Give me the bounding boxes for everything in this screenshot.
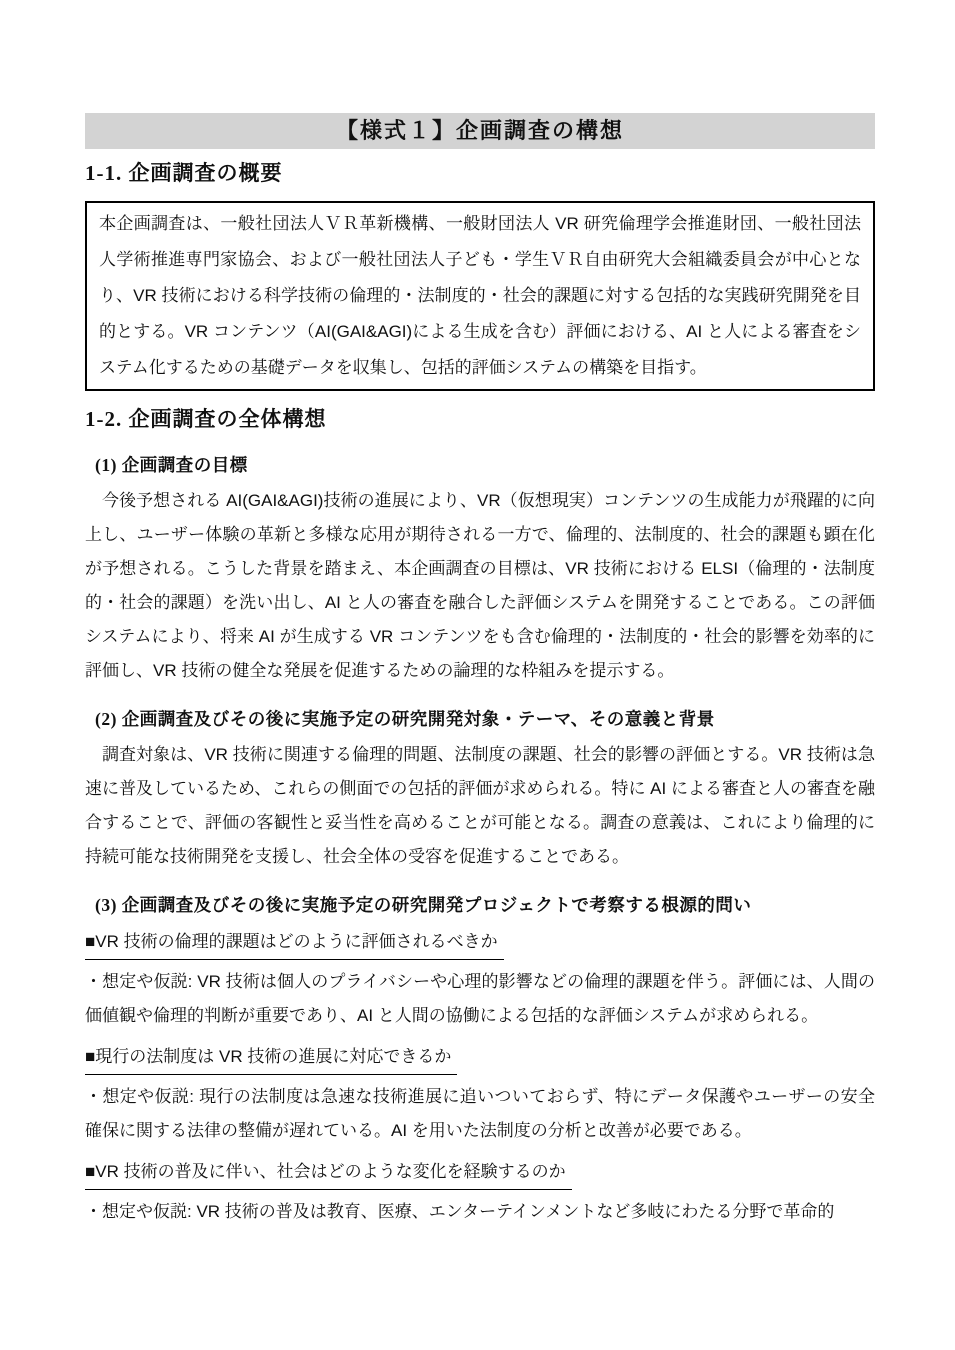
overview-summary-text: 本企画調査は、一般社団法人ＶＲ革新機構、一般財団法人 VR 研究倫理学会推進財団… bbox=[99, 206, 861, 386]
subsection-3-heading: (3) 企画調査及びその後に実施予定の研究開発プロジェクトで考察する根源的問い bbox=[85, 892, 875, 918]
question-title: ■VR 技術の普及に伴い、社会はどのような変化を経験するのか bbox=[85, 1160, 875, 1190]
question-hypothesis: ・想定や仮説: VR 技術は個人のプライバシーや心理的影響などの倫理的課題を伴う… bbox=[85, 965, 875, 1033]
subsection-1-body: 今後予想される AI(GAI&AGI)技術の進展により、VR（仮想現実）コンテン… bbox=[85, 484, 875, 688]
document-page: 【様式１】企画調査の構想 1-1. 企画調査の概要 本企画調査は、一般社団法人Ｖ… bbox=[0, 0, 955, 1350]
section-1-1-heading: 1-1. 企画調査の概要 bbox=[85, 158, 875, 188]
question-title: ■VR 技術の倫理的課題はどのように評価されるべきか bbox=[85, 930, 875, 960]
subsection-2-heading: (2) 企画調査及びその後に実施予定の研究開発対象・テーマ、その意義と背景 bbox=[85, 706, 875, 732]
question-title-text: ■VR 技術の普及に伴い、社会はどのような変化を経験するのか bbox=[85, 1160, 572, 1190]
form-title: 【様式１】企画調査の構想 bbox=[336, 118, 624, 143]
question-title-text: ■現行の法制度は VR 技術の進展に対応できるか bbox=[85, 1045, 457, 1075]
question-block: ■現行の法制度は VR 技術の進展に対応できるか ・想定や仮説: 現行の法制度は… bbox=[85, 1045, 875, 1148]
section-1-2-heading: 1-2. 企画調査の全体構想 bbox=[85, 404, 875, 434]
question-block: ■VR 技術の倫理的課題はどのように評価されるべきか ・想定や仮説: VR 技術… bbox=[85, 930, 875, 1033]
question-hypothesis: ・想定や仮説: 現行の法制度は急速な技術進展に追いついておらず、特にデータ保護や… bbox=[85, 1080, 875, 1148]
document-content: 【様式１】企画調査の構想 1-1. 企画調査の概要 本企画調査は、一般社団法人Ｖ… bbox=[85, 113, 875, 1229]
question-title: ■現行の法制度は VR 技術の進展に対応できるか bbox=[85, 1045, 875, 1075]
overview-summary-box: 本企画調査は、一般社団法人ＶＲ革新機構、一般財団法人 VR 研究倫理学会推進財団… bbox=[85, 201, 875, 391]
question-block: ■VR 技術の普及に伴い、社会はどのような変化を経験するのか ・想定や仮説: V… bbox=[85, 1160, 875, 1229]
subsection-2-body: 調査対象は、VR 技術に関連する倫理的問題、法制度の課題、社会的影響の評価とする… bbox=[85, 738, 875, 874]
form-title-bar: 【様式１】企画調査の構想 bbox=[85, 113, 875, 149]
question-title-text: ■VR 技術の倫理的課題はどのように評価されるべきか bbox=[85, 930, 504, 960]
question-hypothesis: ・想定や仮説: VR 技術の普及は教育、医療、エンターテインメントなど多岐にわた… bbox=[85, 1195, 875, 1229]
subsection-1-heading: (1) 企画調査の目標 bbox=[85, 452, 875, 478]
